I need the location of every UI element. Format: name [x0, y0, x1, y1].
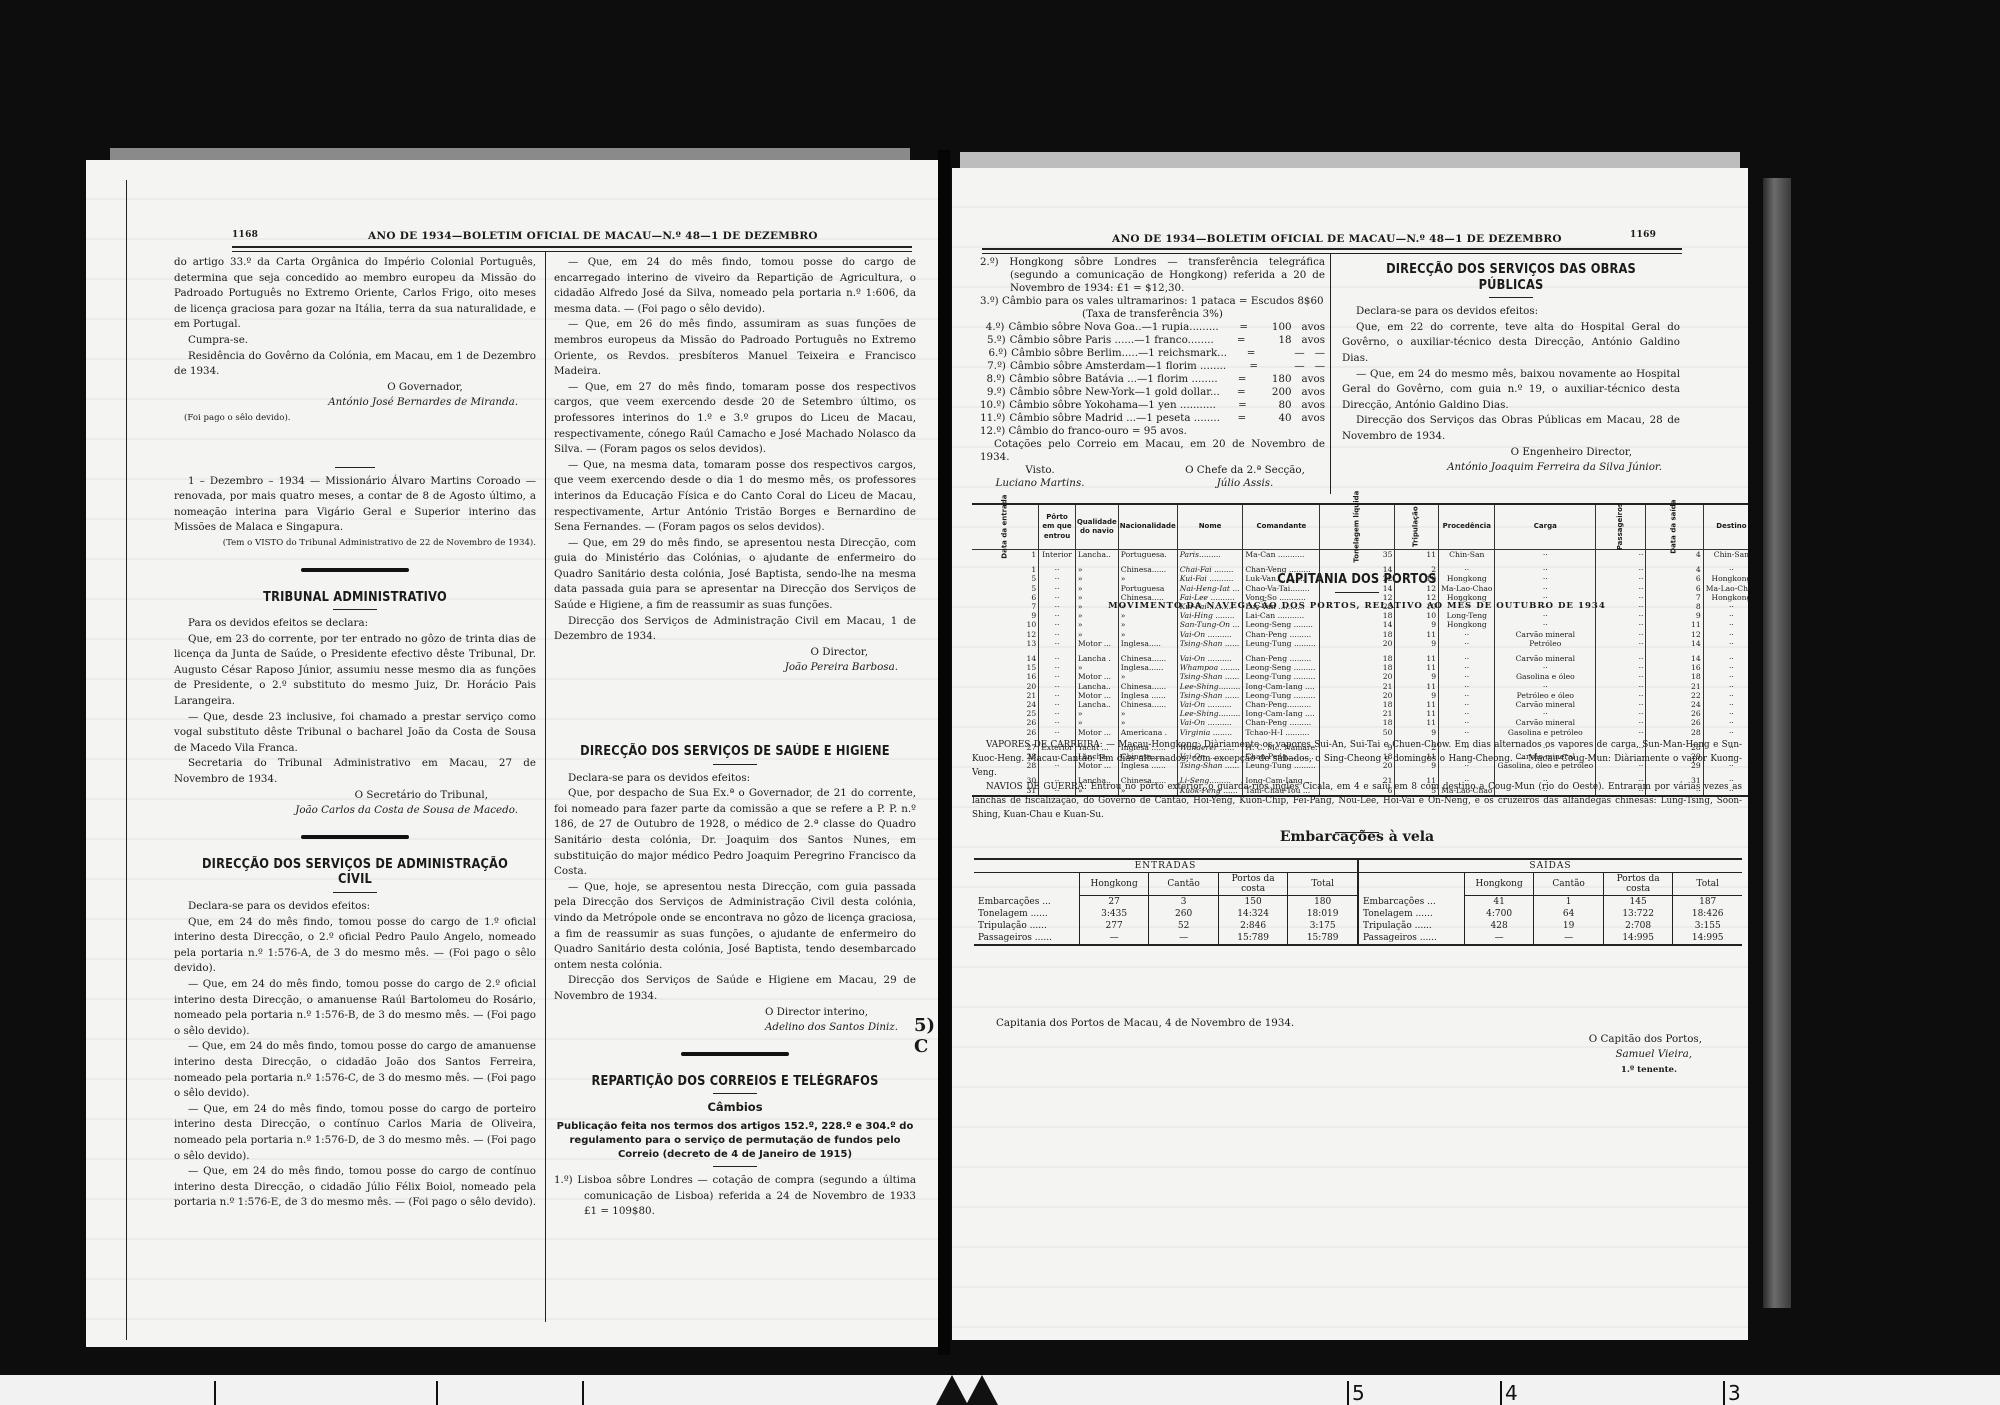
table-cell: 26	[1646, 718, 1703, 727]
divider	[713, 1166, 757, 1167]
signature-title: O Engenheiro Director,	[1342, 445, 1680, 461]
table-cell: 14:324	[1218, 908, 1288, 920]
cambio-n: 5.º)	[980, 334, 1010, 347]
tick-mark	[582, 1381, 584, 1405]
cambio-unit: —1 florim ........	[1137, 373, 1238, 386]
table-cell: 260	[1149, 908, 1219, 920]
table-cell: 10	[1395, 611, 1439, 620]
table-cell: 4	[1646, 559, 1703, 574]
page-edge-strip	[1763, 178, 1791, 1308]
paragraph: — Que, em 26 do mês findo, assumiram as …	[554, 317, 916, 379]
table-cell: 27	[1079, 896, 1149, 909]
table-cell: ··	[1596, 682, 1646, 691]
table-cell: ··	[1703, 611, 1748, 620]
residencia-line: Residência do Govêrno da Colónia, em Mac…	[174, 349, 536, 380]
tick-mark	[214, 1381, 216, 1405]
table-row: Embarcações ...273150180Embarcações ...4…	[974, 896, 1742, 909]
table-cell: »	[1118, 709, 1177, 718]
table-cell: ··	[1495, 709, 1596, 718]
table-cell: ··	[1439, 602, 1495, 611]
table-cell: ··	[1495, 584, 1596, 593]
column-header-label: Nome	[1199, 522, 1222, 530]
table-cell: »	[1075, 593, 1118, 602]
table-cell: ··	[1703, 700, 1748, 709]
table-cell: ··	[1439, 559, 1495, 574]
table-cell: 11	[1395, 700, 1439, 709]
table-cell: 21	[972, 691, 1039, 700]
table-cell: Lai-Can ...........	[1243, 611, 1320, 620]
table-cell: 26	[972, 728, 1039, 737]
cambio-rate-row: 8.º)Câmbio sôbre Batávia ...—1 florim ..…	[980, 373, 1325, 386]
table-row: 13··Motor ...Inglesa.....Tsing-Shan ....…	[972, 639, 1748, 648]
table-cell: ··	[1703, 672, 1748, 681]
table-cell: ··	[1596, 611, 1646, 620]
table-cell: 18	[1320, 663, 1395, 672]
table-cell: Vai-On ..........	[1177, 630, 1243, 639]
cambio-label: Câmbio sôbre Amsterdam	[1010, 360, 1146, 373]
table-cell: 11	[1395, 709, 1439, 718]
table-cell: ··	[1495, 682, 1596, 691]
table-cell: 18	[1320, 718, 1395, 727]
row-label: Tonelagem ......	[1358, 908, 1464, 920]
cambio-n: 6.º)	[980, 347, 1011, 360]
cambio-suffix: avos	[1302, 399, 1325, 412]
declara-line: Declara-se para os devidos efeitos:	[174, 899, 536, 915]
table-cell: »	[1118, 574, 1177, 583]
table-row: 10··»»San-Tung-On ...Leong-Seng ........…	[972, 620, 1748, 629]
divider	[333, 609, 377, 610]
taxa-note: (Taxa de transferência 3%)	[980, 308, 1325, 321]
table-cell: 15:789	[1288, 932, 1358, 945]
table-cell: Vong-So ...........	[1243, 593, 1320, 602]
table-cell: Gasolina e óleo	[1495, 672, 1596, 681]
column-header-label: Carga	[1534, 522, 1557, 530]
table-cell: 12	[1646, 630, 1703, 639]
equals-sign: =	[1249, 360, 1261, 373]
missionario-notice: 1 – Dezembro – 1934 — Missionário Álvaro…	[174, 474, 536, 536]
obras-column: DIRECÇÃO DOS SERVIÇOS DAS OBRAS PÚBLICAS…	[1342, 256, 1680, 476]
table-row: 21··Motor ...Inglesa ......Tsing-Shan ..…	[972, 691, 1748, 700]
row-label: Embarcações ...	[1358, 896, 1464, 909]
closing-line: Direcção dos Serviços das Obras Públicas…	[1342, 413, 1680, 444]
saidas-header: SAÍDAS	[1358, 859, 1742, 873]
table-cell: Vai-Hing ........	[1177, 611, 1243, 620]
table-cell: ··	[1039, 559, 1076, 574]
table-cell: »	[1075, 611, 1118, 620]
vela-heading: Embarcações à vela	[972, 830, 1742, 846]
table-cell: ··	[1039, 620, 1076, 629]
table-cell: ··	[1439, 630, 1495, 639]
table-cell: ··	[1439, 672, 1495, 681]
table-cell: Lancha..	[1075, 700, 1118, 709]
table-cell: ··	[1439, 682, 1495, 691]
section-divider	[301, 568, 409, 572]
cotacoes-line: Cotações pelo Correio em Macau, em 20 de…	[980, 438, 1325, 464]
table-cell: ··	[1703, 728, 1748, 737]
equals-sign: =	[1247, 347, 1260, 360]
table-cell: »	[1075, 620, 1118, 629]
table-cell: ··	[1039, 648, 1076, 663]
paragraph: Que, por despacho de Sua Ex.ª o Governad…	[554, 786, 916, 880]
table-cell: 25	[972, 709, 1039, 718]
row-label-header	[974, 873, 1079, 896]
table-cell: ··	[1596, 700, 1646, 709]
table-cell: 6	[1646, 584, 1703, 593]
capitania-notes: VAPORES DE CARREIRA: — Macau-Hongkong: D…	[972, 738, 1742, 839]
table-cell: Lancha..	[1075, 550, 1118, 560]
table-cell: 9	[1395, 728, 1439, 737]
table-cell: 13:722	[1603, 908, 1673, 920]
row-label: Tripulação ......	[974, 920, 1079, 932]
paragraph: — Que, em 29 do mês findo, se apresentou…	[554, 536, 916, 614]
row-label: Tripulação ......	[1358, 920, 1464, 932]
table-cell: ··	[1596, 648, 1646, 663]
margin-mark: 5) C	[914, 1015, 938, 1057]
entradas-header: ENTRADAS	[974, 859, 1358, 873]
paragraph: — Que, em 24 do mês findo, tomou posse d…	[554, 255, 916, 317]
table-cell: 277	[1079, 920, 1149, 932]
equals-sign: =	[1239, 321, 1250, 334]
table-cell: ··	[1039, 718, 1076, 727]
column-header: Comandante	[1243, 504, 1320, 550]
table-cell: Hongkong	[1439, 574, 1495, 583]
tick-mark	[1723, 1381, 1725, 1405]
table-cell: 20	[1320, 691, 1395, 700]
table-cell: ··	[1703, 709, 1748, 718]
table-cell: —	[1534, 932, 1604, 945]
table-cell: Nai-Heng-Iat ...	[1177, 584, 1243, 593]
header-rule	[232, 246, 912, 252]
table-cell: Vai-On ..........	[1177, 700, 1243, 709]
tick-label: 3	[1728, 1381, 1741, 1405]
table-cell: 2:846	[1218, 920, 1288, 932]
table-cell: Inglesa......	[1118, 663, 1177, 672]
table-cell: ··	[1439, 691, 1495, 700]
paragraph: — Que, em 24 do mês findo, tomou posse d…	[174, 977, 536, 1039]
signature-name: Adelino dos Santos Diniz.	[554, 1020, 916, 1036]
cambio-rate-row: 11.º)Câmbio sôbre Madrid ...—1 peseta ..…	[980, 412, 1325, 425]
cambio-item-12: 12.º) Câmbio do franco-ouro = 95 avos.	[980, 425, 1325, 438]
table-cell: 9	[1395, 672, 1439, 681]
cambio-n: 7.º)	[980, 360, 1010, 373]
cambio-label: Câmbio sôbre Nova Goa..	[1008, 321, 1141, 334]
table-cell: Chinesa......	[1118, 700, 1177, 709]
column-header: Destino	[1703, 504, 1748, 550]
paragraph: Que, em 24 do mês findo, tomou posse do …	[174, 915, 536, 977]
arrow-up-icon	[936, 1375, 968, 1405]
tick-mark	[1500, 1381, 1502, 1405]
column-header: Portos da costa	[1603, 873, 1673, 896]
table-cell: ··	[1596, 672, 1646, 681]
closing-line: Secretaria do Tribunal Administrativo em…	[174, 756, 536, 787]
table-cell: 24	[1646, 700, 1703, 709]
cambio-suffix: —	[1315, 360, 1325, 373]
table-cell: 3:435	[1079, 908, 1149, 920]
tick-mark	[1347, 1381, 1349, 1405]
section-divider	[681, 1052, 789, 1056]
table-cell: ··	[1495, 550, 1596, 560]
table-cell: 11	[1395, 718, 1439, 727]
table-cell: ··	[1596, 602, 1646, 611]
table-cell: Portuguesa.	[1118, 550, 1177, 560]
table-cell: 14	[1320, 620, 1395, 629]
cambio-unit: —1 rupia.........	[1142, 321, 1240, 334]
table-cell: »	[1118, 672, 1177, 681]
table-row: 6··»Chinesa.....Fai-Lee ..........Vong-S…	[972, 593, 1748, 602]
row-label: Passageiros ......	[1358, 932, 1464, 945]
column-header: Tripulação	[1395, 504, 1439, 550]
table-cell: ··	[1703, 630, 1748, 639]
table-cell: 14:995	[1673, 932, 1742, 945]
signature-rank: 1.º tenente.	[982, 1063, 1742, 1079]
table-cell: ··	[1495, 602, 1596, 611]
cambio-n: 8.º)	[980, 373, 1009, 386]
table-cell: 7	[972, 602, 1039, 611]
table-cell: 15:789	[1218, 932, 1288, 945]
table-cell: 22	[1646, 691, 1703, 700]
column-header-label: Data da saída	[1670, 500, 1679, 554]
column-header-label: Destino	[1716, 522, 1746, 530]
table-cell: 1	[972, 559, 1039, 574]
table-cell: ··	[1596, 709, 1646, 718]
cambio-label: Câmbio sôbre Yokohama	[1009, 399, 1138, 412]
table-cell: Leong-Tung .........	[1243, 691, 1320, 700]
table-cell: ··	[1703, 602, 1748, 611]
signature-name: António José Bernardes de Miranda.	[174, 395, 536, 411]
table-cell: »	[1075, 584, 1118, 593]
equals-sign: =	[1237, 386, 1249, 399]
table-cell: Iong-Cam-Iang ....	[1243, 682, 1320, 691]
table-row: 5··»»Kui-Fai ..........Luk-Van..........…	[972, 574, 1748, 583]
table-cell: Gasolina e petróleo	[1495, 728, 1596, 737]
cambio-suffix: avos	[1302, 321, 1325, 334]
cambio-rate-row: 7.º)Câmbio sôbre Amsterdam—1 florim ....…	[980, 360, 1325, 373]
table-cell: Inglesa.....	[1118, 639, 1177, 648]
table-cell: Carvão mineral	[1495, 630, 1596, 639]
equals-sign: =	[1237, 334, 1249, 347]
paragraph: — Que, em 24 do mesmo mês, baixou novame…	[1342, 367, 1680, 414]
divider	[335, 467, 375, 468]
scan-guide-marks: 5 4 3	[0, 1375, 2000, 1405]
table-cell: Ma-Lao-Chao	[1703, 584, 1748, 593]
signature-title: O Governador,	[174, 380, 536, 396]
column-header: Data da saída	[1646, 504, 1703, 550]
visto-label: Visto.	[980, 464, 1100, 477]
table-cell: 14	[1646, 639, 1703, 648]
signature-name: João Pereira Barbosa.	[554, 660, 916, 676]
table-cell: Kui-Fai ..........	[1177, 602, 1243, 611]
table-cell: Portuguesa	[1118, 584, 1177, 593]
table-cell: 18	[1320, 700, 1395, 709]
signature-title: O Secretário do Tribunal,	[174, 788, 536, 804]
table-cell: Inglesa ......	[1118, 691, 1177, 700]
table-cell: 18	[1320, 648, 1395, 663]
declara-line: Para os devidos efeitos se declara:	[174, 616, 536, 632]
table-cell: Carvão mineral	[1495, 718, 1596, 727]
table-cell: Chao-Va-Tai........	[1243, 584, 1320, 593]
table-cell: 1	[1534, 896, 1604, 909]
subheading-cambios: Câmbios	[554, 1100, 916, 1116]
cambio-n: 4.º)	[980, 321, 1008, 334]
table-cell: Luc-Van ...........	[1243, 602, 1320, 611]
running-head: ANO DE 1934—BOLETIM OFICIAL DE MACAU—N.º…	[1112, 233, 1562, 245]
table-cell: Motor ...	[1075, 728, 1118, 737]
column-header-label: Qualidade do navio	[1077, 518, 1117, 535]
table-row: 26··»»Vai-On ..........Chan-Peng .......…	[972, 718, 1748, 727]
cambio-label: Câmbio sôbre Berlim.....	[1011, 347, 1138, 360]
table-cell: 24	[972, 700, 1039, 709]
table-cell: Carvão mineral	[1495, 700, 1596, 709]
column-header-label: Nacionalidade	[1120, 522, 1176, 530]
capitania-closing: Capitania dos Portos de Macau, 4 de Nove…	[982, 1016, 1742, 1078]
table-cell: Chan-Peng .........	[1243, 648, 1320, 663]
table-cell: 6	[1646, 574, 1703, 583]
table-cell: ··	[1439, 663, 1495, 672]
table-cell: Tsing-Shan ......	[1177, 691, 1243, 700]
table-cell: ··	[1596, 728, 1646, 737]
cambio-value: 18	[1249, 334, 1302, 347]
table-cell: 3:175	[1288, 920, 1358, 932]
table-cell: Paris.........	[1177, 550, 1243, 560]
table-cell: 21	[1320, 682, 1395, 691]
table-cell: ··	[1596, 639, 1646, 648]
table-cell: ··	[1596, 630, 1646, 639]
table-cell: ··	[1703, 639, 1748, 648]
table-cell: 11	[1395, 630, 1439, 639]
table-cell: ··	[1039, 728, 1076, 737]
table-cell: »	[1075, 602, 1118, 611]
table-cell: ··	[1039, 709, 1076, 718]
section-heading-admin-civil: DIRECÇÃO DOS SERVIÇOS DE ADMINISTRAÇÃO C…	[196, 857, 515, 888]
column-header: Data da entrada	[972, 504, 1039, 550]
running-head: ANO DE 1934—BOLETIM OFICIAL DE MACAU—N.º…	[368, 230, 818, 242]
table-row: 16··Motor ...»Tsing-Shan ......Leong-Tun…	[972, 672, 1748, 681]
paragraph: — Que, em 24 do mês findo, tomou posse d…	[174, 1164, 536, 1211]
table-cell: ··	[1495, 574, 1596, 583]
table-cell: 8	[1646, 602, 1703, 611]
table-cell: ··	[1439, 709, 1495, 718]
section-heading-tribunal: TRIBUNAL ADMINISTRATIVO	[196, 590, 515, 606]
table-cell: Chai-Fai ........	[1177, 559, 1243, 574]
table-cell: Chan-Peng..........	[1243, 700, 1320, 709]
column-header: Tonelagem líquida	[1320, 504, 1395, 550]
table-cell: »	[1118, 602, 1177, 611]
left-column-1: do artigo 33.º da Carta Orgânica do Impé…	[174, 255, 536, 1211]
table-cell: ··	[1039, 584, 1076, 593]
table-cell: 14:995	[1603, 932, 1673, 945]
column-header-label: Data da entrada	[1001, 495, 1010, 559]
table-cell: 22	[1320, 602, 1395, 611]
table-cell: ··	[1039, 691, 1076, 700]
table-cell: 11	[1395, 663, 1439, 672]
table-cell: Interior	[1039, 550, 1076, 560]
cambio-unit: —1 peseta ........	[1136, 412, 1237, 425]
table-cell: 64	[1534, 908, 1604, 920]
table-cell: San-Tung-On ...	[1177, 620, 1243, 629]
table-cell: Petróleo	[1495, 639, 1596, 648]
table-cell: ··	[1039, 630, 1076, 639]
cambios-column: 2.º) Hongkong sôbre Londres — transferên…	[980, 256, 1325, 490]
table-cell: »	[1118, 611, 1177, 620]
table-cell: 6	[972, 593, 1039, 602]
table-cell: 428	[1464, 920, 1534, 932]
table-cell: Kui-Fai ..........	[1177, 574, 1243, 583]
table-cell: ··	[1596, 593, 1646, 602]
table-cell: —	[1149, 932, 1219, 945]
cambio-unit: —1 franco........	[1134, 334, 1237, 347]
table-cell: Vai-On ..........	[1177, 718, 1243, 727]
cambio-suffix: avos	[1302, 412, 1325, 425]
row-label: Embarcações ...	[974, 896, 1079, 909]
table-cell: 14	[972, 648, 1039, 663]
table-cell: 28	[1646, 728, 1703, 737]
table-cell: ··	[1495, 620, 1596, 629]
table-cell: Leong-Seng .........	[1243, 663, 1320, 672]
column-header: Total	[1288, 873, 1358, 896]
table-row: 7··»»Kui-Fai ..........Luc-Van .........…	[972, 602, 1748, 611]
table-cell: 14	[1646, 648, 1703, 663]
table-cell: 21	[1320, 709, 1395, 718]
table-cell: Whampoa ........	[1177, 663, 1243, 672]
cambio-unit: —1 gold dollar...	[1135, 386, 1237, 399]
table-cell: Lancha .	[1075, 648, 1118, 663]
table-cell: Vai-On ..........	[1177, 648, 1243, 663]
table-cell: 18:426	[1673, 908, 1742, 920]
column-header: Cantão	[1534, 873, 1604, 896]
column-header: Cantão	[1149, 873, 1219, 896]
cambio-suffix: avos	[1302, 386, 1325, 399]
divider	[713, 764, 757, 765]
table-cell: ··	[1039, 593, 1076, 602]
cambio-item-1: 1.º) Lisboa sôbre Londres — cotação de c…	[554, 1173, 916, 1220]
table-cell: »	[1075, 574, 1118, 583]
table-cell: 18	[1646, 672, 1703, 681]
closing-line: Direcção dos Serviços de Saúde e Higiene…	[554, 973, 916, 1004]
right-page: ANO DE 1934—BOLETIM OFICIAL DE MACAU—N.º…	[952, 168, 1748, 1340]
cambio-label: Câmbio sôbre Batávia ...	[1009, 373, 1137, 386]
table-cell: Lee-Shing.........	[1177, 709, 1243, 718]
section-heading-saude: DIRECÇÃO DOS SERVIÇOS DE SAÚDE E HIGIENE	[576, 744, 895, 760]
table-cell: ··	[1439, 648, 1495, 663]
cambio-value: 100	[1251, 321, 1302, 334]
row-label: Tonelagem ......	[974, 908, 1079, 920]
table-cell: 15	[972, 663, 1039, 672]
table-cell: 12	[972, 630, 1039, 639]
table-cell: ··	[1439, 700, 1495, 709]
cambio-item-3: 3.º) Câmbio para os vales ultramarinos: …	[980, 295, 1325, 308]
cambio-rate-list: 4.º)Câmbio sôbre Nova Goa..—1 rupia.....…	[980, 321, 1325, 425]
column-header: Procedência	[1439, 504, 1495, 550]
table-cell: ··	[1596, 691, 1646, 700]
declara-line: Declara-se para os devidos efeitos:	[554, 771, 916, 787]
table-cell: 9	[1395, 639, 1439, 648]
table-cell: 150	[1218, 896, 1288, 909]
table-cell: 5	[972, 574, 1039, 583]
cambio-value: 40	[1249, 412, 1301, 425]
section-divider	[301, 835, 409, 839]
table-cell: 26	[1646, 709, 1703, 718]
table-row: 14··Lancha .Chinesa......Vai-On ........…	[972, 648, 1748, 663]
visto-note: (Tem o VISTO do Tribunal Administrativo …	[174, 536, 536, 552]
cambio-rate-row: 9.º)Câmbio sôbre New-York—1 gold dollar.…	[980, 386, 1325, 399]
tick-label: 5	[1352, 1381, 1365, 1405]
table-cell: ··	[1039, 663, 1076, 672]
table-cell: 12	[1320, 593, 1395, 602]
table-cell: 9	[1395, 691, 1439, 700]
table-cell: —	[1464, 932, 1534, 945]
page-number: 1169	[1630, 230, 1656, 240]
table-cell: Iong-Cam-Iang ....	[1243, 709, 1320, 718]
